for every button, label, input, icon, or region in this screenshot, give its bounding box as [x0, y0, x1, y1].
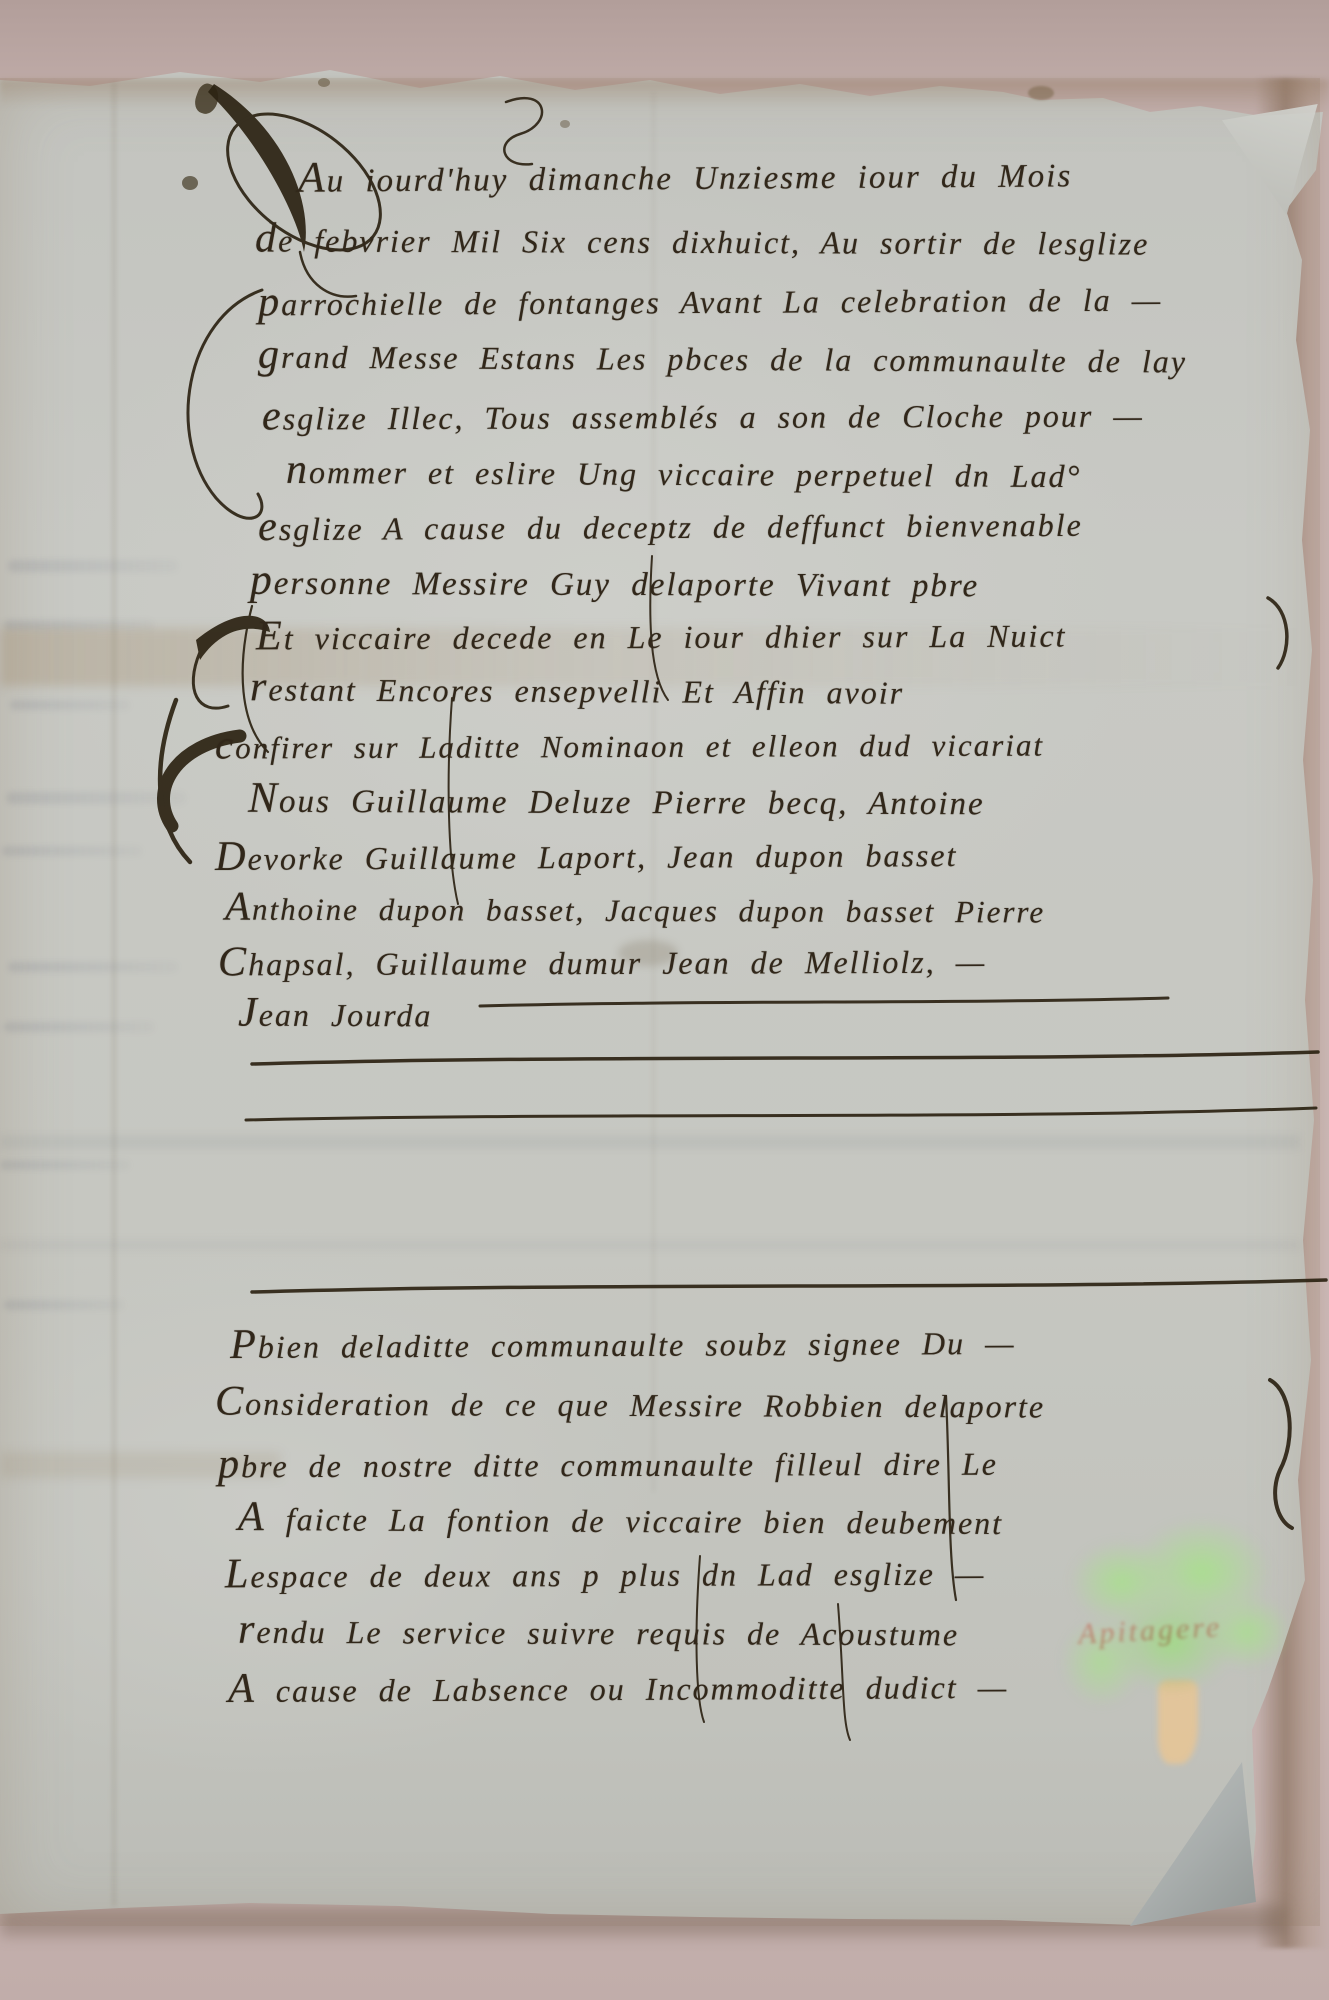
manuscript-line: Pbien deladitte communaulte soubz signee…	[230, 1316, 1016, 1369]
manuscript-line: Chapsal, Guillaume dumur Jean de Melliol…	[218, 935, 986, 987]
manuscript-line: Jean Jourda	[238, 988, 433, 1038]
manuscript-line: de febvrier Mil Six cens dixhuict, Au so…	[255, 213, 1150, 265]
manuscript-line: grand Messe Estans Les pbces de la commu…	[258, 330, 1187, 384]
manuscript-line: Nous Guillaume Deluze Pierre becq, Antoi…	[248, 773, 985, 826]
manuscript-line: Lespace de deux ans p plus dn Lad esgliz…	[225, 1547, 985, 1599]
manuscript-line: personne Messire Guy delaporte Vivant pb…	[250, 555, 979, 608]
manuscript-line: Consideration de ce que Messire Robbien …	[215, 1377, 1045, 1429]
manuscript-line: rendu Le service suivre requis de Acoust…	[238, 1605, 959, 1657]
manuscript-line: restant Encores ensepvelli Et Affin avoi…	[250, 662, 904, 714]
manuscript-line: Et viccaire decede en Le iour dhier sur …	[256, 609, 1067, 661]
manuscript-line: nommer et eslire Ung viccaire perpetuel …	[286, 445, 1082, 498]
manuscript-line: A faicte La fontion de viccaire bien deu…	[238, 1492, 1003, 1545]
manuscript-line: pbre de nostre ditte communaulte filleul…	[218, 1437, 998, 1489]
manuscript-line: esglize A cause du deceptz de deffunct b…	[258, 498, 1083, 551]
manuscript-line: Anthoine dupon basset, Jacques dupon bas…	[225, 883, 1045, 933]
manuscript-line: esglize Illec, Tous assemblés a son de C…	[262, 388, 1144, 440]
manuscript-line: Devorke Guillaume Laport, Jean dupon bas…	[215, 828, 958, 881]
manuscript-line: confirer sur Laditte Nominaon et elleon …	[215, 719, 1044, 769]
manuscript-line: parrochielle de fontanges Avant La celeb…	[258, 273, 1162, 327]
manuscript-text: Au iourd'huy dimanche Unziesme iour du M…	[0, 0, 1329, 2000]
manuscript-photo: Au iourd'huy dimanche Unziesme iour du M…	[0, 0, 1329, 2000]
manuscript-line: Au iourd'huy dimanche Unziesme iour du M…	[298, 147, 1073, 202]
manuscript-line: A cause de Labsence ou Incommoditte dudi…	[228, 1660, 1008, 1713]
